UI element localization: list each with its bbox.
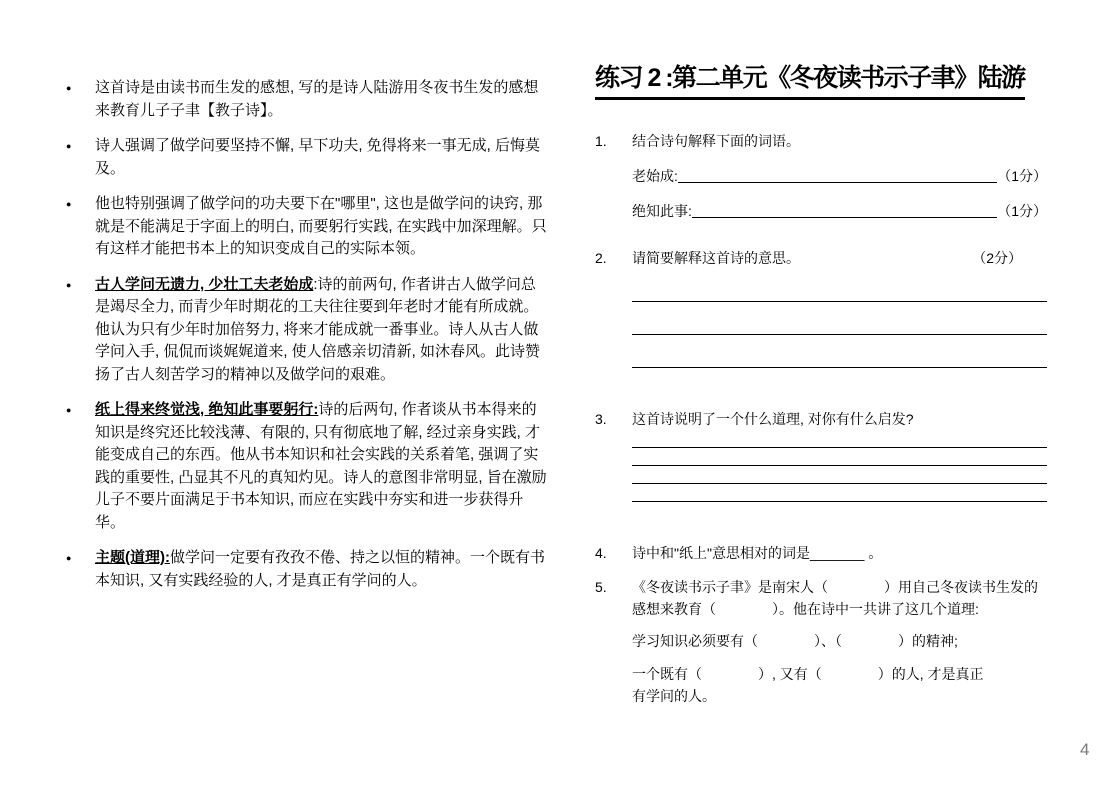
bullet-body: 诗人强调了做学问要坚持不懈, 早下功夫, 免得将来一事无成, 后悔莫及。 <box>95 137 540 177</box>
answer-line <box>632 269 1047 302</box>
score-label: （1分） <box>997 200 1047 222</box>
question-1: 1. 结合诗句解释下面的词语。 老始成: （1分） 绝知此事: （1分） <box>595 130 1047 222</box>
question-number: 1. <box>595 130 632 222</box>
question-number: 3. <box>595 408 632 502</box>
question-body: 结合诗句解释下面的词语。 老始成: （1分） 绝知此事: （1分） <box>632 130 1047 222</box>
question-2: 2. 请简要解释这首诗的意思。 （2分） <box>595 247 1047 368</box>
question-subtext: 学习知识必须要有（ ）、（ ）的精神; <box>632 630 1047 652</box>
blank-underline <box>692 200 997 218</box>
bullet-text: 纸上得来终觉浅, 绝知此事要躬行:诗的后两句, 作者谈从书本得来的知识是终究还比… <box>95 399 548 534</box>
field-label: 绝知此事: <box>632 200 692 222</box>
question-text-line: 《冬夜读书示子聿》是南宋人（ ）用自己冬夜读书生发的 <box>632 576 1047 598</box>
exercise-title: 练习 2 :第二单元《冬夜读书示子聿》陆游 <box>595 62 1025 100</box>
question-5: 5. 《冬夜读书示子聿》是南宋人（ ）用自己冬夜读书生发的 感想来教育（ ）。他… <box>595 576 1047 707</box>
worksheet-page: { "icons": { "bullet": "●" }, "colors": … <box>0 0 1120 793</box>
notes-column: ● 这首诗是由读书而生发的感想, 写的是诗人陆游用冬夜书生发的感想来教育儿子子聿… <box>64 77 548 605</box>
bullet-text: 古人学问无遗力, 少壮工夫老始成:诗的前两句, 作者讲古人做学问总是竭尽全力, … <box>95 274 548 387</box>
question-4: 4. 诗中和"纸上"意思相对的词是_______ 。 <box>595 542 1047 564</box>
bullet-text: 这首诗是由读书而生发的感想, 写的是诗人陆游用冬夜书生发的感想来教育儿子子聿【教… <box>95 77 548 122</box>
question-body: 《冬夜读书示子聿》是南宋人（ ）用自己冬夜读书生发的 感想来教育（ ）。他在诗中… <box>632 576 1047 707</box>
question-header: 请简要解释这首诗的意思。 （2分） <box>632 247 1047 269</box>
question-text: 诗中和"纸上"意思相对的词是_______ 。 <box>632 542 1047 564</box>
question-body: 这首诗说明了一个什么道理, 对你有什么启发? <box>632 408 1047 502</box>
question-body: 诗中和"纸上"意思相对的词是_______ 。 <box>632 542 1047 564</box>
question-text: 这首诗说明了一个什么道理, 对你有什么启发? <box>632 408 1047 430</box>
bullet-item: ● 古人学问无遗力, 少壮工夫老始成:诗的前两句, 作者讲古人做学问总是竭尽全力… <box>64 274 548 387</box>
bullet-icon: ● <box>64 399 95 534</box>
fill-in-field: 老始成: （1分） <box>632 165 1047 187</box>
bullet-icon: ● <box>64 193 95 261</box>
bullet-icon: ● <box>64 135 95 180</box>
answer-line <box>632 466 1047 484</box>
question-number: 5. <box>595 576 632 707</box>
field-label: 老始成: <box>632 165 678 187</box>
question-3: 3. 这首诗说明了一个什么道理, 对你有什么启发? <box>595 408 1047 502</box>
score-label: （1分） <box>997 165 1047 187</box>
bullet-item: ● 这首诗是由读书而生发的感想, 写的是诗人陆游用冬夜书生发的感想来教育儿子子聿… <box>64 77 548 122</box>
bullet-body: 这首诗是由读书而生发的感想, 写的是诗人陆游用冬夜书生发的感想来教育儿子子聿【教… <box>95 79 538 119</box>
bullet-text: 他也特别强调了做学问的功夫要下在"哪里", 这也是做学问的诀窍, 那就是不能满足… <box>95 193 548 261</box>
question-subtext-line: 有学问的人。 <box>632 685 1047 707</box>
answer-line <box>632 484 1047 502</box>
score-label: （2分） <box>972 247 1022 269</box>
question-subtext-line: 一个既有（ ）, 又有（ ）的人, 才是真正 <box>632 663 1047 685</box>
question-number: 4. <box>595 542 632 564</box>
bullet-text: 诗人强调了做学问要坚持不懈, 早下功夫, 免得将来一事无成, 后悔莫及。 <box>95 135 548 180</box>
question-body: 请简要解释这首诗的意思。 （2分） <box>632 247 1047 368</box>
bullet-item: ● 主题(道理):做学问一定要有孜孜不倦、持之以恒的精神。一个既有书本知识, 又… <box>64 547 548 592</box>
bullet-item: ● 纸上得来终觉浅, 绝知此事要躬行:诗的后两句, 作者谈从书本得来的知识是终究… <box>64 399 548 534</box>
answer-line <box>632 430 1047 448</box>
bullet-icon: ● <box>64 77 95 122</box>
bullet-icon: ● <box>64 274 95 387</box>
question-text-line: 感想来教育（ ）。他在诗中一共讲了这几个道理: <box>632 598 1047 620</box>
bullet-text: 主题(道理):做学问一定要有孜孜不倦、持之以恒的精神。一个既有书本知识, 又有实… <box>95 547 548 592</box>
question-text: 请简要解释这首诗的意思。 <box>632 247 800 269</box>
bullet-icon: ● <box>64 547 95 592</box>
page-number: 4 <box>1080 740 1089 760</box>
fill-in-field: 绝知此事: （1分） <box>632 200 1047 222</box>
bullet-item: ● 他也特别强调了做学问的功夫要下在"哪里", 这也是做学问的诀窍, 那就是不能… <box>64 193 548 261</box>
bullet-item: ● 诗人强调了做学问要坚持不懈, 早下功夫, 免得将来一事无成, 后悔莫及。 <box>64 135 548 180</box>
blank-underline <box>678 165 997 183</box>
bullet-lead: 古人学问无遗力, 少壮工夫老始成 <box>95 276 313 293</box>
question-number: 2. <box>595 247 632 368</box>
answer-line <box>632 448 1047 466</box>
exercise-column: 练习 2 :第二单元《冬夜读书示子聿》陆游 1. 结合诗句解释下面的词语。 老始… <box>595 62 1047 707</box>
question-text: 结合诗句解释下面的词语。 <box>632 130 1047 152</box>
answer-line <box>632 335 1047 368</box>
bullet-body: 他也特别强调了做学问的功夫要下在"哪里", 这也是做学问的诀窍, 那就是不能满足… <box>95 195 547 257</box>
answer-line <box>632 302 1047 335</box>
bullet-lead: 纸上得来终觉浅, 绝知此事要躬行: <box>95 401 318 418</box>
bullet-lead: 主题(道理): <box>95 549 170 566</box>
bullet-body: 诗的后两句, 作者谈从书本得来的知识是终究还比较浅薄、有限的, 只有彻底地了解,… <box>95 401 547 531</box>
